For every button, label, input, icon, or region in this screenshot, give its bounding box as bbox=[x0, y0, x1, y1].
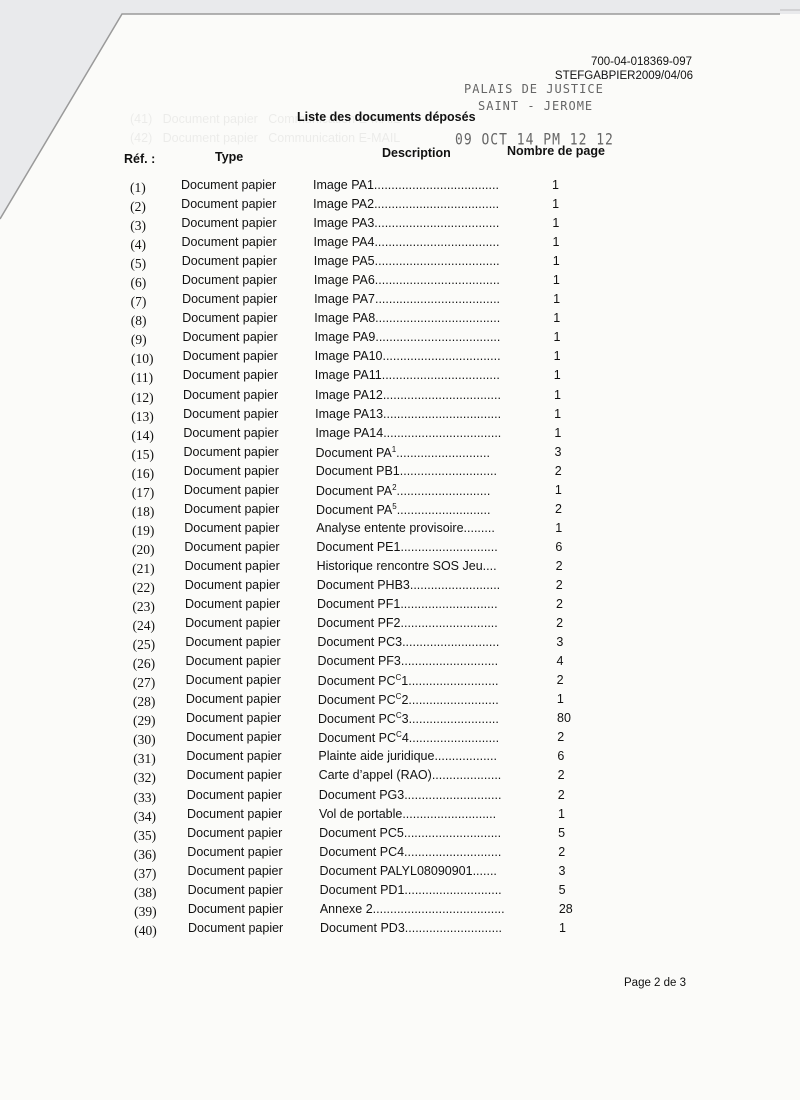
description-cell: Document PA2........................... bbox=[316, 483, 490, 498]
type-cell: Document papier bbox=[186, 692, 281, 706]
ref-cell: (19) bbox=[132, 523, 155, 539]
ref-cell: (39) bbox=[134, 904, 157, 920]
table-row: (24)Document papierDocument PF2.........… bbox=[0, 616, 800, 635]
pages-cell: 80 bbox=[557, 711, 571, 725]
table-row: (38)Document papierDocument PD1.........… bbox=[0, 883, 800, 902]
pages-cell: 2 bbox=[558, 845, 565, 859]
description-cell: Analyse entente provisoire......... bbox=[316, 521, 495, 535]
table-row: (28)Document papierDocument PCC2........… bbox=[0, 692, 800, 711]
type-cell: Document papier bbox=[187, 845, 282, 859]
table-row: (25)Document papierDocument PC3.........… bbox=[0, 635, 800, 654]
pages-cell: 1 bbox=[553, 311, 560, 325]
table-row: (35)Document papierDocument PC5.........… bbox=[0, 826, 800, 845]
type-cell: Document papier bbox=[184, 483, 279, 497]
description-cell: Image PA7...............................… bbox=[314, 292, 500, 306]
ref-cell: (11) bbox=[131, 370, 153, 386]
type-cell: Document papier bbox=[185, 616, 280, 630]
table-row: (7)Document papierImage PA7.............… bbox=[0, 292, 800, 311]
pages-cell: 28 bbox=[559, 902, 573, 916]
description-cell: Document PA1........................... bbox=[316, 445, 490, 460]
pages-cell: 1 bbox=[552, 197, 559, 211]
type-cell: Document papier bbox=[186, 749, 281, 763]
ref-cell: (27) bbox=[133, 675, 156, 691]
table-row: (36)Document papierDocument PC4.........… bbox=[0, 845, 800, 864]
description-cell: Document PB1............................ bbox=[316, 464, 497, 478]
pages-cell: 1 bbox=[554, 407, 561, 421]
table-row: (18)Document papierDocument PA5.........… bbox=[0, 502, 800, 521]
documents-table: (1)Document papierImage PA1.............… bbox=[0, 178, 800, 940]
description-cell: Historique rencontre SOS Jeu.... bbox=[317, 559, 497, 573]
ref-cell: (28) bbox=[133, 694, 156, 710]
type-cell: Document papier bbox=[184, 521, 279, 535]
ref-cell: (4) bbox=[130, 237, 146, 253]
pages-cell: 2 bbox=[555, 502, 562, 516]
description-cell: Image PA13..............................… bbox=[315, 407, 501, 421]
description-cell: Image PA10..............................… bbox=[315, 349, 501, 363]
type-cell: Document papier bbox=[182, 273, 277, 287]
description-cell: Image PA11..............................… bbox=[315, 368, 500, 382]
description-cell: Document PCC1.......................... bbox=[318, 673, 499, 688]
ref-cell: (31) bbox=[133, 751, 156, 767]
ref-cell: (36) bbox=[134, 847, 157, 863]
type-cell: Document papier bbox=[182, 311, 277, 325]
pages-cell: 1 bbox=[554, 426, 561, 440]
table-row: (4)Document papierImage PA4.............… bbox=[0, 235, 800, 254]
type-cell: Document papier bbox=[182, 330, 277, 344]
table-row: (15)Document papierDocument PA1.........… bbox=[0, 445, 800, 464]
pages-cell: 1 bbox=[552, 216, 559, 230]
table-row: (10)Document papierImage PA10...........… bbox=[0, 349, 800, 368]
pages-cell: 1 bbox=[553, 254, 560, 268]
description-cell: Plainte aide juridique.................. bbox=[318, 749, 497, 763]
ref-cell: (38) bbox=[134, 885, 157, 901]
table-row: (16)Document papierDocument PB1.........… bbox=[0, 464, 800, 483]
type-cell: Document papier bbox=[187, 807, 282, 821]
table-row: (5)Document papierImage PA5.............… bbox=[0, 254, 800, 273]
description-cell: Image PA1...............................… bbox=[313, 178, 499, 192]
type-cell: Document papier bbox=[185, 559, 280, 573]
description-cell: Image PA4...............................… bbox=[314, 235, 500, 249]
ref-cell: (14) bbox=[131, 428, 154, 444]
pages-cell: 2 bbox=[558, 788, 565, 802]
document-title: Liste des documents déposés bbox=[297, 110, 476, 124]
ref-cell: (15) bbox=[132, 447, 155, 463]
case-number: 700-04-018369-097 bbox=[591, 56, 692, 68]
ref-cell: (33) bbox=[133, 790, 156, 806]
case-identifier: STEFGABPIER2009/04/06 bbox=[555, 70, 693, 82]
table-row: (1)Document papierImage PA1.............… bbox=[0, 178, 800, 197]
description-cell: Image PA3...............................… bbox=[313, 216, 499, 230]
ref-cell: (10) bbox=[131, 351, 154, 367]
table-row: (20)Document papierDocument PE1.........… bbox=[0, 540, 800, 559]
ref-cell: (21) bbox=[132, 561, 155, 577]
table-row: (31)Document papierPlainte aide juridiqu… bbox=[0, 749, 800, 768]
description-cell: Document PC3............................ bbox=[317, 635, 499, 649]
type-cell: Document papier bbox=[183, 349, 278, 363]
description-cell: Image PA9...............................… bbox=[314, 330, 500, 344]
ref-cell: (6) bbox=[131, 275, 147, 291]
table-row: (12)Document papierImage PA12...........… bbox=[0, 388, 800, 407]
pages-cell: 5 bbox=[558, 826, 565, 840]
type-cell: Document papier bbox=[181, 216, 276, 230]
table-row: (3)Document papierImage PA3.............… bbox=[0, 216, 800, 235]
pages-cell: 2 bbox=[558, 768, 565, 782]
column-header-ref: Réf. : bbox=[124, 152, 155, 166]
pages-cell: 2 bbox=[556, 616, 563, 630]
pages-cell: 1 bbox=[558, 807, 565, 821]
pages-cell: 1 bbox=[555, 521, 562, 535]
type-cell: Document papier bbox=[188, 883, 283, 897]
table-row: (8)Document papierImage PA8.............… bbox=[0, 311, 800, 330]
description-cell: Image PA5...............................… bbox=[314, 254, 500, 268]
table-row: (33)Document papierDocument PG3.........… bbox=[0, 788, 800, 807]
pages-cell: 1 bbox=[557, 692, 564, 706]
type-cell: Document papier bbox=[185, 597, 280, 611]
table-row: (14)Document papierImage PA14...........… bbox=[0, 426, 800, 445]
type-cell: Document papier bbox=[182, 292, 277, 306]
ref-cell: (2) bbox=[130, 199, 146, 215]
pages-cell: 6 bbox=[555, 540, 562, 554]
description-cell: Document PE1............................ bbox=[316, 540, 497, 554]
pages-cell: 1 bbox=[554, 388, 561, 402]
pages-cell: 1 bbox=[554, 368, 561, 382]
type-cell: Document papier bbox=[187, 788, 282, 802]
table-row: (32)Document papierCarte d’appel (RAO)..… bbox=[0, 768, 800, 787]
table-row: (9)Document papierImage PA9.............… bbox=[0, 330, 800, 349]
column-header-type: Type bbox=[215, 150, 243, 164]
pages-cell: 1 bbox=[555, 483, 562, 497]
ref-cell: (17) bbox=[132, 485, 155, 501]
pages-cell: 2 bbox=[557, 673, 564, 687]
pages-cell: 5 bbox=[559, 883, 566, 897]
type-cell: Document papier bbox=[183, 388, 278, 402]
type-cell: Document papier bbox=[183, 426, 278, 440]
ref-cell: (30) bbox=[133, 732, 156, 748]
pages-cell: 2 bbox=[556, 559, 563, 573]
pages-cell: 3 bbox=[558, 864, 565, 878]
ref-cell: (12) bbox=[131, 390, 154, 406]
ref-cell: (16) bbox=[132, 466, 155, 482]
type-cell: Document papier bbox=[186, 673, 281, 687]
pages-cell: 1 bbox=[553, 273, 560, 287]
type-cell: Document papier bbox=[183, 407, 278, 421]
type-cell: Document papier bbox=[185, 635, 280, 649]
column-header-description: Description bbox=[382, 146, 451, 160]
ref-cell: (8) bbox=[131, 313, 147, 329]
description-cell: Document PC4............................ bbox=[319, 845, 501, 859]
pages-cell: 2 bbox=[556, 597, 563, 611]
table-row: (29)Document papierDocument PCC3........… bbox=[0, 711, 800, 730]
ref-cell: (25) bbox=[133, 637, 156, 653]
pages-cell: 1 bbox=[552, 178, 559, 192]
pages-cell: 1 bbox=[553, 235, 560, 249]
description-cell: Image PA6...............................… bbox=[314, 273, 500, 287]
description-cell: Document PC5............................ bbox=[319, 826, 501, 840]
description-cell: Document PF1............................ bbox=[317, 597, 498, 611]
description-cell: Document PCC3.......................... bbox=[318, 711, 499, 726]
ref-cell: (22) bbox=[132, 580, 155, 596]
ref-cell: (23) bbox=[132, 599, 155, 615]
description-cell: Image PA12..............................… bbox=[315, 388, 501, 402]
type-cell: Document papier bbox=[184, 445, 279, 459]
ref-cell: (26) bbox=[133, 656, 156, 672]
table-row: (37)Document papierDocument PALYL0809090… bbox=[0, 864, 800, 883]
description-cell: Annexe 2................................… bbox=[320, 902, 505, 916]
pages-cell: 1 bbox=[553, 330, 560, 344]
ref-cell: (13) bbox=[131, 409, 154, 425]
ref-cell: (29) bbox=[133, 713, 156, 729]
ref-cell: (32) bbox=[133, 770, 156, 786]
pages-cell: 2 bbox=[556, 578, 563, 592]
table-row: (19)Document papierAnalyse entente provi… bbox=[0, 521, 800, 540]
table-row: (11)Document papierImage PA11...........… bbox=[0, 368, 800, 387]
type-cell: Document papier bbox=[186, 654, 281, 668]
ref-cell: (5) bbox=[130, 256, 146, 272]
description-cell: Document PA5........................... bbox=[316, 502, 490, 517]
table-row: (27)Document papierDocument PCC1........… bbox=[0, 673, 800, 692]
pages-cell: 6 bbox=[557, 749, 564, 763]
ref-cell: (34) bbox=[134, 809, 157, 825]
type-cell: Document papier bbox=[188, 902, 283, 916]
type-cell: Document papier bbox=[186, 711, 281, 725]
court-stamp-line2: SAINT - JEROME bbox=[478, 99, 593, 113]
type-cell: Document papier bbox=[181, 197, 276, 211]
table-row: (30)Document papierDocument PCC4........… bbox=[0, 730, 800, 749]
description-cell: Document PALYL08090901....... bbox=[319, 864, 496, 878]
ref-cell: (37) bbox=[134, 866, 157, 882]
table-row: (13)Document papierImage PA13...........… bbox=[0, 407, 800, 426]
description-cell: Image PA14..............................… bbox=[315, 426, 501, 440]
description-cell: Vol de portable.........................… bbox=[319, 807, 496, 821]
description-cell: Document PCC4.......................... bbox=[318, 730, 499, 745]
description-cell: Document PF2............................ bbox=[317, 616, 498, 630]
type-cell: Document papier bbox=[182, 235, 277, 249]
table-row: (22)Document papierDocument PHB3........… bbox=[0, 578, 800, 597]
type-cell: Document papier bbox=[187, 864, 282, 878]
table-row: (17)Document papierDocument PA2.........… bbox=[0, 483, 800, 502]
ref-cell: (35) bbox=[134, 828, 157, 844]
pages-cell: 1 bbox=[553, 292, 560, 306]
type-cell: Document papier bbox=[185, 578, 280, 592]
table-row: (2)Document papierImage PA2.............… bbox=[0, 197, 800, 216]
description-cell: Document PG3............................ bbox=[319, 788, 502, 802]
type-cell: Document papier bbox=[188, 921, 283, 935]
type-cell: Document papier bbox=[182, 254, 277, 268]
court-stamp-line1: PALAIS DE JUSTICE bbox=[464, 82, 604, 96]
type-cell: Document papier bbox=[181, 178, 276, 192]
type-cell: Document papier bbox=[187, 826, 282, 840]
table-row: (23)Document papierDocument PF1.........… bbox=[0, 597, 800, 616]
table-row: (39)Document papierAnnexe 2.............… bbox=[0, 902, 800, 921]
description-cell: Document PD1............................ bbox=[320, 883, 502, 897]
pages-cell: 4 bbox=[557, 654, 564, 668]
ref-cell: (3) bbox=[130, 218, 146, 234]
ref-cell: (20) bbox=[132, 542, 155, 558]
description-cell: Document PCC2.......................... bbox=[318, 692, 499, 707]
ref-cell: (18) bbox=[132, 504, 155, 520]
table-row: (6)Document papierImage PA6.............… bbox=[0, 273, 800, 292]
table-row: (34)Document papierVol de portable......… bbox=[0, 807, 800, 826]
page-indicator: Page 2 de 3 bbox=[624, 977, 686, 989]
pages-cell: 1 bbox=[559, 921, 566, 935]
type-cell: Document papier bbox=[184, 502, 279, 516]
pages-cell: 1 bbox=[554, 349, 561, 363]
ref-cell: (9) bbox=[131, 332, 147, 348]
description-cell: Document PHB3.......................... bbox=[317, 578, 500, 592]
table-row: (21)Document papierHistorique rencontre … bbox=[0, 559, 800, 578]
table-row: (40)Document papierDocument PD3.........… bbox=[0, 921, 800, 940]
pages-cell: 2 bbox=[555, 464, 562, 478]
description-cell: Image PA8...............................… bbox=[314, 311, 500, 325]
type-cell: Document papier bbox=[184, 464, 279, 478]
description-cell: Document PD3............................ bbox=[320, 921, 502, 935]
type-cell: Document papier bbox=[186, 730, 281, 744]
ref-cell: (1) bbox=[130, 180, 146, 196]
type-cell: Document papier bbox=[184, 540, 279, 554]
description-cell: Image PA2...............................… bbox=[313, 197, 499, 211]
type-cell: Document papier bbox=[187, 768, 282, 782]
type-cell: Document papier bbox=[183, 368, 278, 382]
description-cell: Carte d’appel (RAO).................... bbox=[319, 768, 502, 782]
pages-cell: 2 bbox=[557, 730, 564, 744]
pages-cell: 3 bbox=[556, 635, 563, 649]
ref-cell: (24) bbox=[132, 618, 155, 634]
pages-cell: 3 bbox=[555, 445, 562, 459]
show-through-text: (42) Document papier Communication E-MAI… bbox=[130, 131, 400, 145]
column-header-pages: Nombre de page bbox=[507, 144, 605, 158]
ref-cell: (7) bbox=[131, 294, 147, 310]
description-cell: Document PF3............................ bbox=[318, 654, 499, 668]
ref-cell: (40) bbox=[134, 923, 157, 939]
table-row: (26)Document papierDocument PF3.........… bbox=[0, 654, 800, 673]
